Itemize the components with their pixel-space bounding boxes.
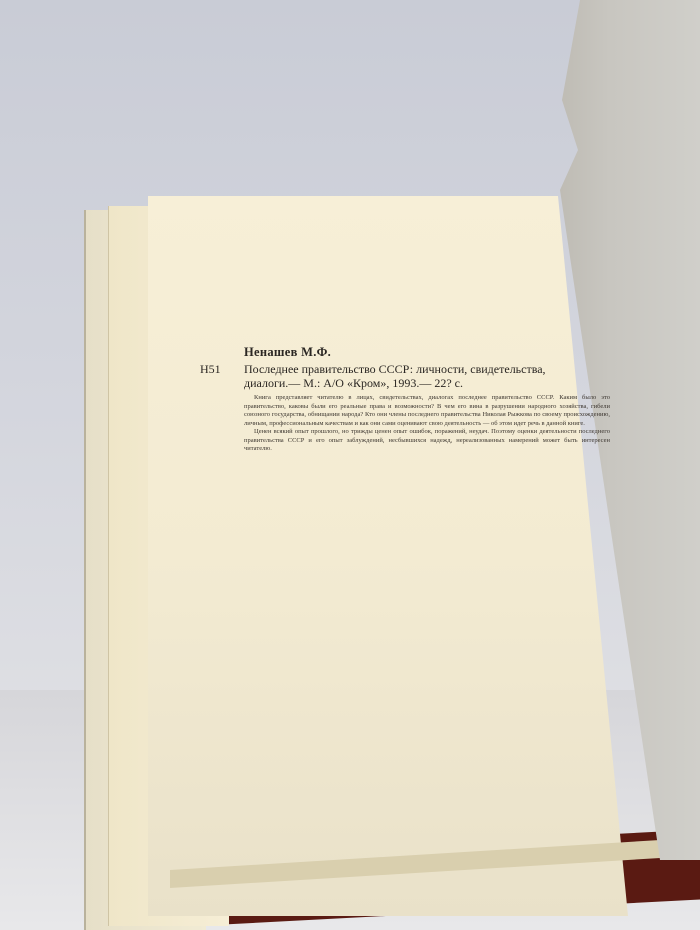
publication-info: диалоги.— М.: А/О «Кром», 1993.— 22? с. (244, 376, 610, 391)
author: Ненашев М.Ф. (244, 345, 610, 360)
book-page (148, 196, 638, 916)
classification-code: Н51 (200, 362, 244, 376)
abstract-paragraph: Книга представляет читателю в лицах, сви… (244, 394, 610, 428)
abstract: Книга представляет читателю в лицах, сви… (244, 394, 610, 454)
catalog-card-text: Ненашев М.Ф. Н51 Последнее правительство… (200, 345, 610, 454)
abstract-paragraph: Ценен всякий опыт прошлого, но трижды це… (244, 428, 610, 454)
book-title: Последнее правительство СССР: личности, … (244, 362, 610, 376)
